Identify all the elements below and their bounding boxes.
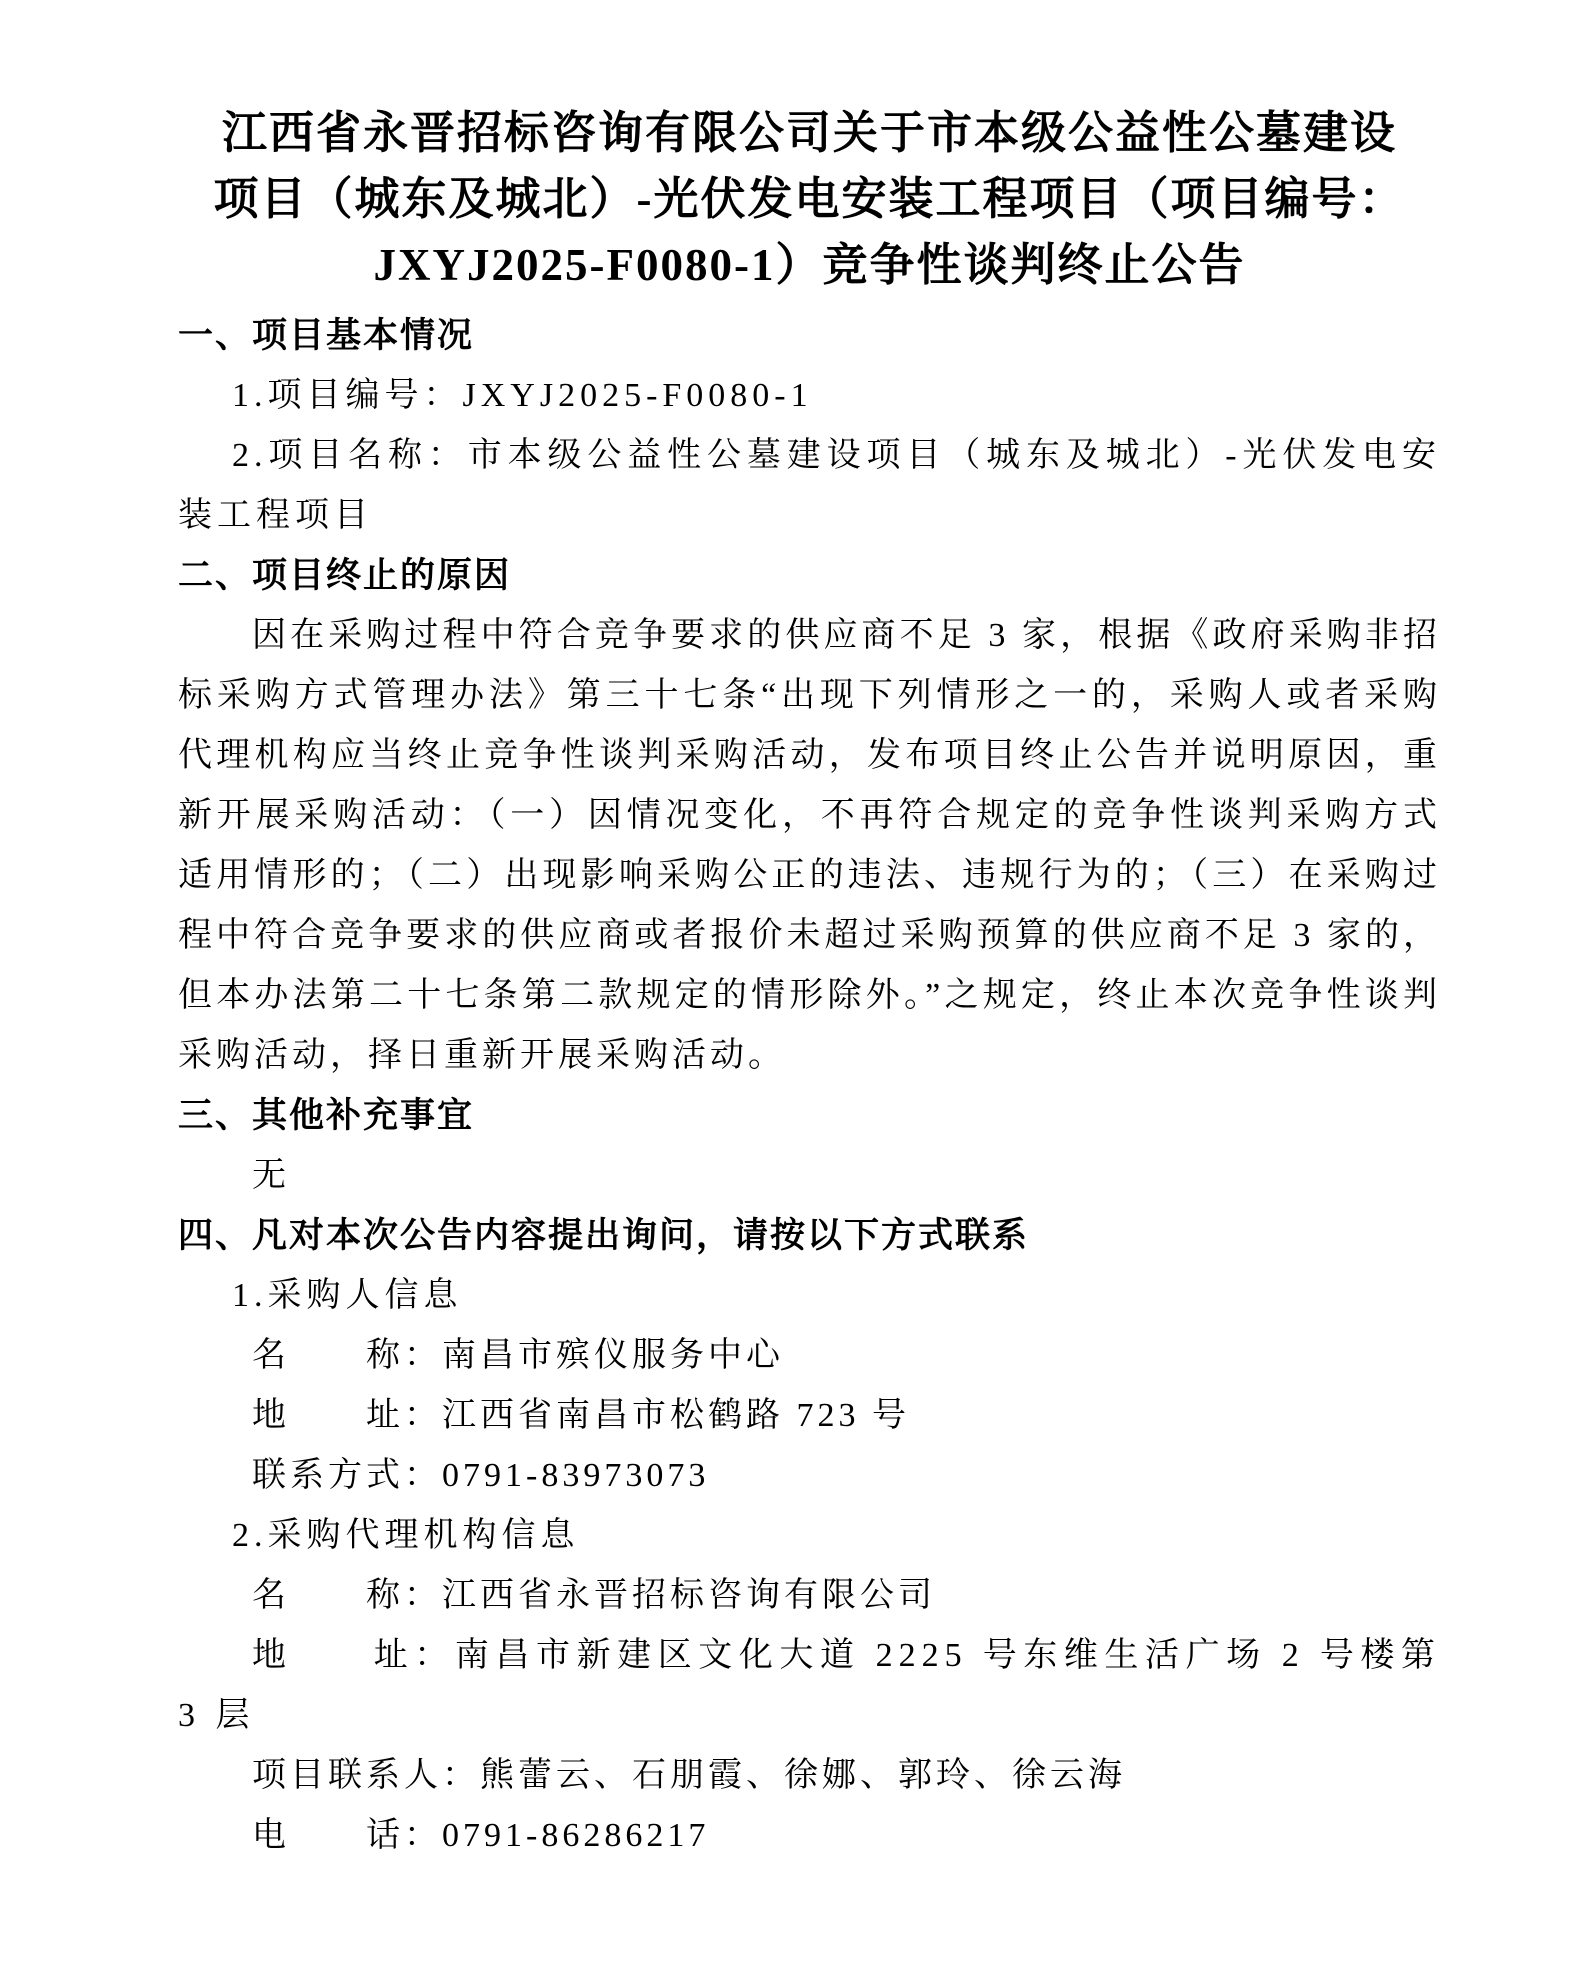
supplementary-content: 无 [178,1146,1441,1206]
title-line-3: JXYJ2025-F0080-1）竞争性谈判终止公告 [178,232,1441,298]
section-3-heading: 三、其他补充事宜 [178,1086,1441,1146]
purchaser-info-label: 1.采购人信息 [178,1266,1441,1326]
document-page: 江西省永晋招标咨询有限公司关于市本级公益性公墓建设 项目（城东及城北）-光伏发电… [0,0,1587,1968]
purchaser-address-line: 地 址：江西省南昌市松鹤路 723 号 [178,1386,1441,1446]
section-4-heading: 四、凡对本次公告内容提出询问，请按以下方式联系 [178,1206,1441,1266]
project-name-line: 2.项目名称：市本级公益性公墓建设项目（城东及城北）-光伏发电安装工程项目 [178,426,1441,546]
agency-address-line: 地 址：南昌市新建区文化大道 2225 号东维生活广场 2 号楼第 3 层 [178,1626,1441,1746]
document-title: 江西省永晋招标咨询有限公司关于市本级公益性公墓建设 项目（城东及城北）-光伏发电… [178,100,1441,298]
section-2-heading: 二、项目终止的原因 [178,546,1441,606]
agency-info-label: 2.采购代理机构信息 [178,1506,1441,1566]
purchaser-name-line: 名 称：南昌市殡仪服务中心 [178,1326,1441,1386]
agency-contacts-line: 项目联系人：熊蕾云、石朋霞、徐娜、郭玲、徐云海 [178,1746,1441,1806]
title-line-1: 江西省永晋招标咨询有限公司关于市本级公益性公墓建设 [178,100,1441,166]
section-1-heading: 一、项目基本情况 [178,306,1441,366]
title-line-2: 项目（城东及城北）-光伏发电安装工程项目（项目编号： [178,166,1441,232]
termination-reason-paragraph: 因在采购过程中符合竞争要求的供应商不足 3 家，根据《政府采购非招标采购方式管理… [178,606,1441,1086]
purchaser-contact-line: 联系方式：0791-83973073 [178,1446,1441,1506]
project-number-line: 1.项目编号：JXYJ2025-F0080-1 [178,366,1441,426]
agency-name-line: 名 称：江西省永晋招标咨询有限公司 [178,1566,1441,1626]
agency-phone-line: 电 话：0791-86286217 [178,1806,1441,1866]
